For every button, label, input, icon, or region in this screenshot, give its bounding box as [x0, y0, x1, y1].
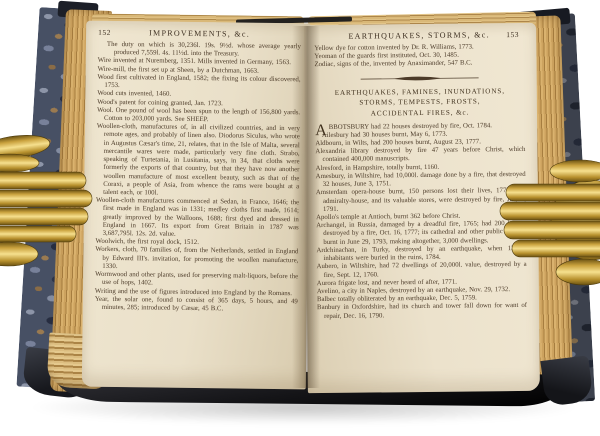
entry: Wormwood and other plants, used for pres…	[95, 271, 298, 290]
brass-hand-left-icon	[0, 134, 98, 270]
left-page: 152 IMPROVEMENTS, &c. The duty on which …	[82, 21, 310, 390]
right-page-number: 153	[506, 30, 524, 39]
entry: Year, the solar one, found to consist of…	[95, 296, 298, 315]
entry: Amsterdam opera-house burnt, 150 persons…	[316, 187, 526, 214]
first-entry-text: BBOTSBURY had 22 houses destroyed by fir…	[329, 122, 492, 131]
left-page-entries: Wire invented at Nuremberg, 1351. Mills …	[95, 57, 301, 314]
gutter-shadow	[292, 26, 320, 388]
left-page-header: 152 IMPROVEMENTS, &c.	[98, 28, 301, 39]
left-page-number: 152	[98, 28, 116, 37]
entry: Banbury in Oxfordshire, had its church a…	[317, 302, 527, 321]
entry: Workers, cloth, 70 families of, from the…	[95, 246, 298, 273]
left-running-title: IMPROVEMENTS, &c.	[116, 28, 283, 39]
right-running-title: EARTHQUAKES, STORMS, &c.	[332, 30, 506, 41]
right-page-entries: Ailesbury had 30 houses burnt, May 6, 17…	[315, 130, 527, 321]
section-title: EARTHQUAKES, FAMINES, INUNDATIONS, STORM…	[315, 86, 525, 120]
entry: Woollen-cloth manufactures commenced at …	[96, 197, 299, 241]
entry: Archangel, in Russia, damaged by a dread…	[316, 220, 526, 247]
brass-hand-right-icon	[498, 154, 600, 294]
section-divider-ornament	[355, 73, 485, 83]
entry: Zodiac, signs of the, invented by Anaxim…	[314, 59, 524, 69]
right-page-top-entries: Yellow dye for cotton invented by Dr. R.…	[314, 43, 524, 70]
entry: Woollen-cloth, manufactures of, in all c…	[96, 123, 300, 199]
book-photo-stage: 152 IMPROVEMENTS, &c. The duty on which …	[0, 0, 600, 436]
right-page-header: EARTHQUAKES, STORMS, &c. 153	[314, 30, 524, 41]
